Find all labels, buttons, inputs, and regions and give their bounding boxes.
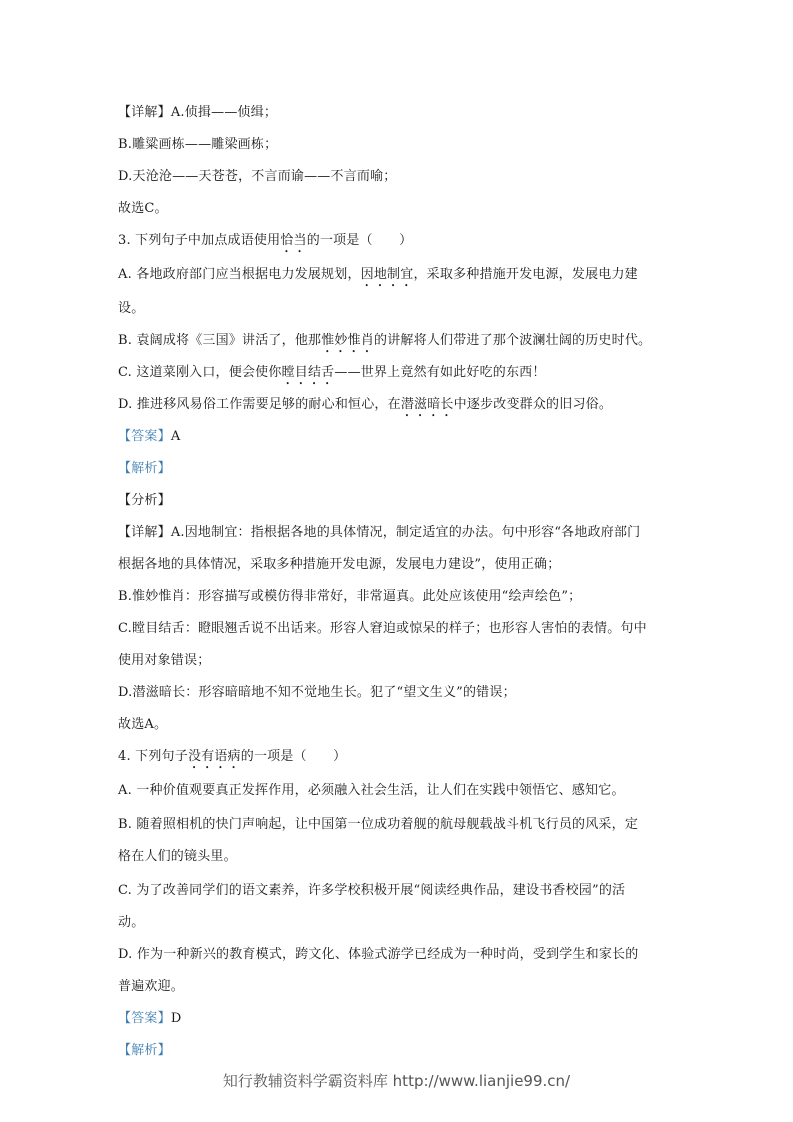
q4-option-d: D. 作为一种新兴的教育模式，跨文化、体验式游学已经成为一种时尚，受到学生和家长… xyxy=(118,946,638,964)
q4-option-b-cont: 格在人们的镜头里。 xyxy=(118,848,237,866)
q3-fenxi-label: 【分析】 xyxy=(118,492,171,510)
q3-option-c: C. 这道菜刚入口，便会使你瞠目结舌——世界上竟然有如此好吃的东西！ xyxy=(118,364,546,388)
q3-analysis-label: 【解析】 xyxy=(118,460,171,478)
q3-stem-emphasis: 恰当 xyxy=(280,233,306,248)
q4-option-a: A. 一种价值观要真正发挥作用，必须融入社会生活，让人们在实践中领悟它、感知它。 xyxy=(118,782,625,800)
q3-stem: 3. 下列句子中加点成语使用恰当的一项是（ ） xyxy=(118,232,412,256)
answer-label: 【答案】 xyxy=(118,1011,171,1026)
q3-answer: 【答案】A xyxy=(118,428,180,446)
q3-detail-4: C.瞠目结舌：瞪眼翘舌说不出话来。形容人窘迫或惊呆的样子；也形容人害怕的表情。句… xyxy=(118,620,647,638)
q3-detail-3: B.惟妙惟肖：形容描写或模仿得非常好，非常逼真。此处应该使用“绘声绘色”； xyxy=(118,588,581,606)
q3-option-c-idiom: 瞠目结舌 xyxy=(282,365,335,380)
q4-stem-emphasis: 没有语病 xyxy=(188,749,241,764)
detail-line-d: D.天沧沧——天苍苍，不言而谕——不言而喻； xyxy=(118,168,397,186)
q3-detail-1: 【详解】A.因地制宜：指根据各地的具体情况，制定适宜的办法。句中形容“各地政府部… xyxy=(118,524,640,542)
detail-label: 【详解】 xyxy=(118,525,171,540)
q4-option-c-cont: 动。 xyxy=(118,914,144,932)
detail-line-a: 【详解】A.侦揖——侦缉； xyxy=(118,104,277,122)
q3-detail-2: 根据各地的具体情况，采取多种措施开发电源，发展电力建设”，使用正确； xyxy=(118,556,560,574)
q3-option-a: A. 各地政府部门应当根据电力发展规划，因地制宜，采取多种措施开发电源，发展电力… xyxy=(118,266,638,290)
q3-detail-6: D.潜滋暗长：形容暗暗地不知不觉地生长。犯了“望文生义”的错误； xyxy=(118,684,516,702)
q3-option-a-cont: 设。 xyxy=(118,300,144,318)
q3-option-b-idiom: 惟妙惟肖 xyxy=(321,333,374,348)
conclusion-line: 故选C。 xyxy=(118,200,168,218)
q3-option-d-idiom: 潜滋暗长 xyxy=(401,397,454,412)
q4-option-d-cont: 普遍欢迎。 xyxy=(118,978,184,996)
detail-label: 【详解】 xyxy=(118,105,171,120)
answer-value: A xyxy=(171,429,181,444)
q4-answer: 【答案】D xyxy=(118,1010,181,1028)
q4-option-c: C. 为了改善同学们的语文素养，许多学校积极开展“阅读经典作品，建设书香校园”的… xyxy=(118,882,625,900)
detail-line-b: B.雕粱画栋——雕梁画栋； xyxy=(118,136,277,154)
answer-value: D xyxy=(171,1011,182,1026)
q4-analysis-label: 【解析】 xyxy=(118,1042,171,1060)
q3-option-b: B. 袁阔成将《三国》讲活了，他那惟妙惟肖的讲解将人们带进了那个波澜壮阔的历史时… xyxy=(118,332,651,356)
q4-option-b: B. 随着照相机的快门声响起，让中国第一位成功着舰的航母舰载战斗机飞行员的风采，… xyxy=(118,816,638,834)
q4-stem: 4. 下列句子没有语病的一项是（ ） xyxy=(118,748,346,772)
q3-conclusion: 故选A。 xyxy=(118,716,167,734)
answer-label: 【答案】 xyxy=(118,429,171,444)
q3-option-d: D. 推进移风易俗工作需要足够的耐心和恒心，在潜滋暗长中逐步改变群众的旧习俗。 xyxy=(118,396,612,420)
footer-watermark: 知行教辅资料学霸资料库 http://www.lianjie99.cn/ xyxy=(0,1070,793,1091)
q3-detail-5: 使用对象错误； xyxy=(118,652,210,670)
q3-option-a-idiom: 因地制宜 xyxy=(361,267,414,282)
